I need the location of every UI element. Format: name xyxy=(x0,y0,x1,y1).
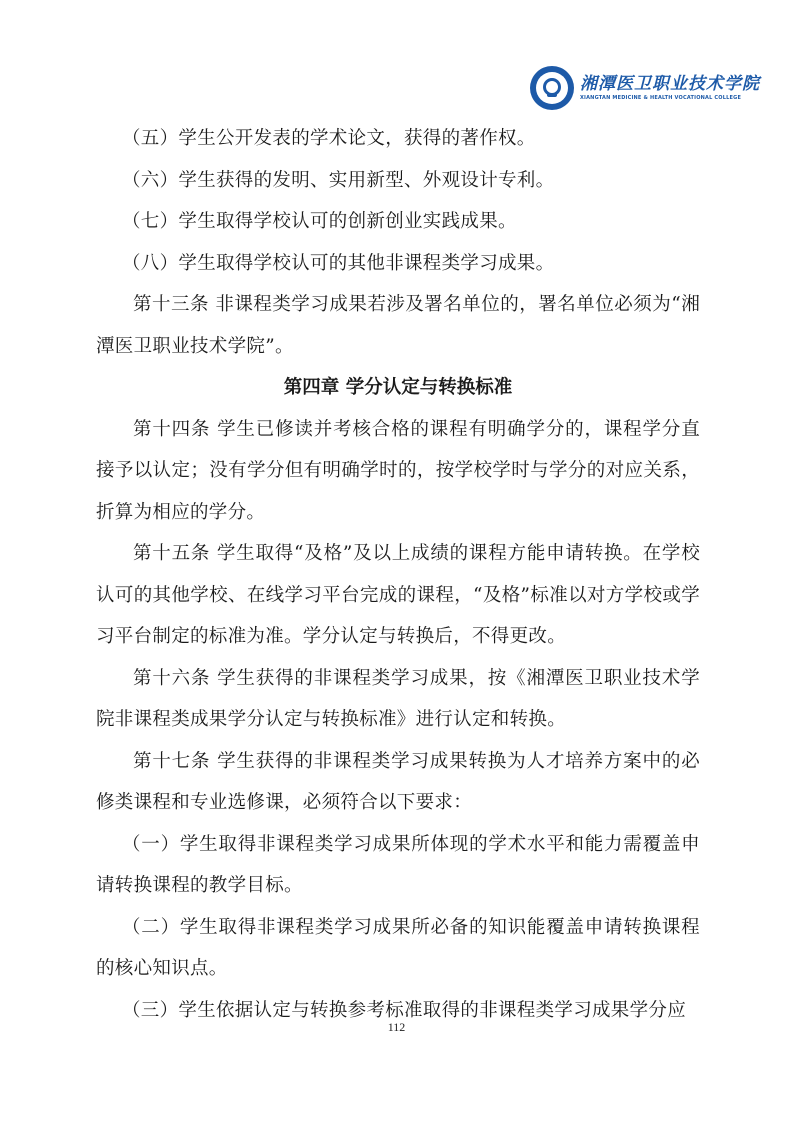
list-item-8: （八）学生取得学校认可的其他非课程类学习成果。 xyxy=(96,243,700,285)
list-item-7: （七）学生取得学校认可的创新创业实践成果。 xyxy=(96,201,700,243)
article-15: 第十五条 学生取得“及格”及以上成绩的课程方能申请转换。在学校认可的其他学校、在… xyxy=(96,533,700,658)
college-name-cn: 湘潭医卫职业技术学院 xyxy=(580,74,760,94)
college-name: 湘潭医卫职业技术学院 XIANGTAN MEDICINE & HEALTH VO… xyxy=(580,74,760,102)
list-item-5: （五）学生公开发表的学术论文，获得的著作权。 xyxy=(96,118,700,160)
college-logo: 湘潭医卫职业技术学院 XIANGTAN MEDICINE & HEALTH VO… xyxy=(530,63,770,113)
requirement-item-1: （一）学生取得非课程类学习成果所体现的学术水平和能力需覆盖申请转换课程的教学目标… xyxy=(96,824,700,907)
article-13: 第十三条 非课程类学习成果若涉及署名单位的，署名单位必须为“湘潭医卫职业技术学院… xyxy=(96,284,700,367)
page-number: 112 xyxy=(0,1020,793,1035)
article-14: 第十四条 学生已修读并考核合格的课程有明确学分的，课程学分直接予以认定；没有学分… xyxy=(96,409,700,534)
document-body: （五）学生公开发表的学术论文，获得的著作权。 （六）学生获得的发明、实用新型、外… xyxy=(96,118,700,1031)
article-16: 第十六条 学生获得的非课程类学习成果，按《湘潭医卫职业技术学院非课程类成果学分认… xyxy=(96,658,700,741)
college-emblem-icon xyxy=(530,66,574,110)
college-name-en: XIANGTAN MEDICINE & HEALTH VOCATIONAL CO… xyxy=(580,94,760,102)
chapter-heading: 第四章 学分认定与转换标准 xyxy=(96,367,700,409)
list-item-6: （六）学生获得的发明、实用新型、外观设计专利。 xyxy=(96,160,700,202)
requirement-item-2: （二）学生取得非课程类学习成果所必备的知识能覆盖申请转换课程的核心知识点。 xyxy=(96,907,700,990)
article-17: 第十七条 学生获得的非课程类学习成果转换为人才培养方案中的必修类课程和专业选修课… xyxy=(96,741,700,824)
